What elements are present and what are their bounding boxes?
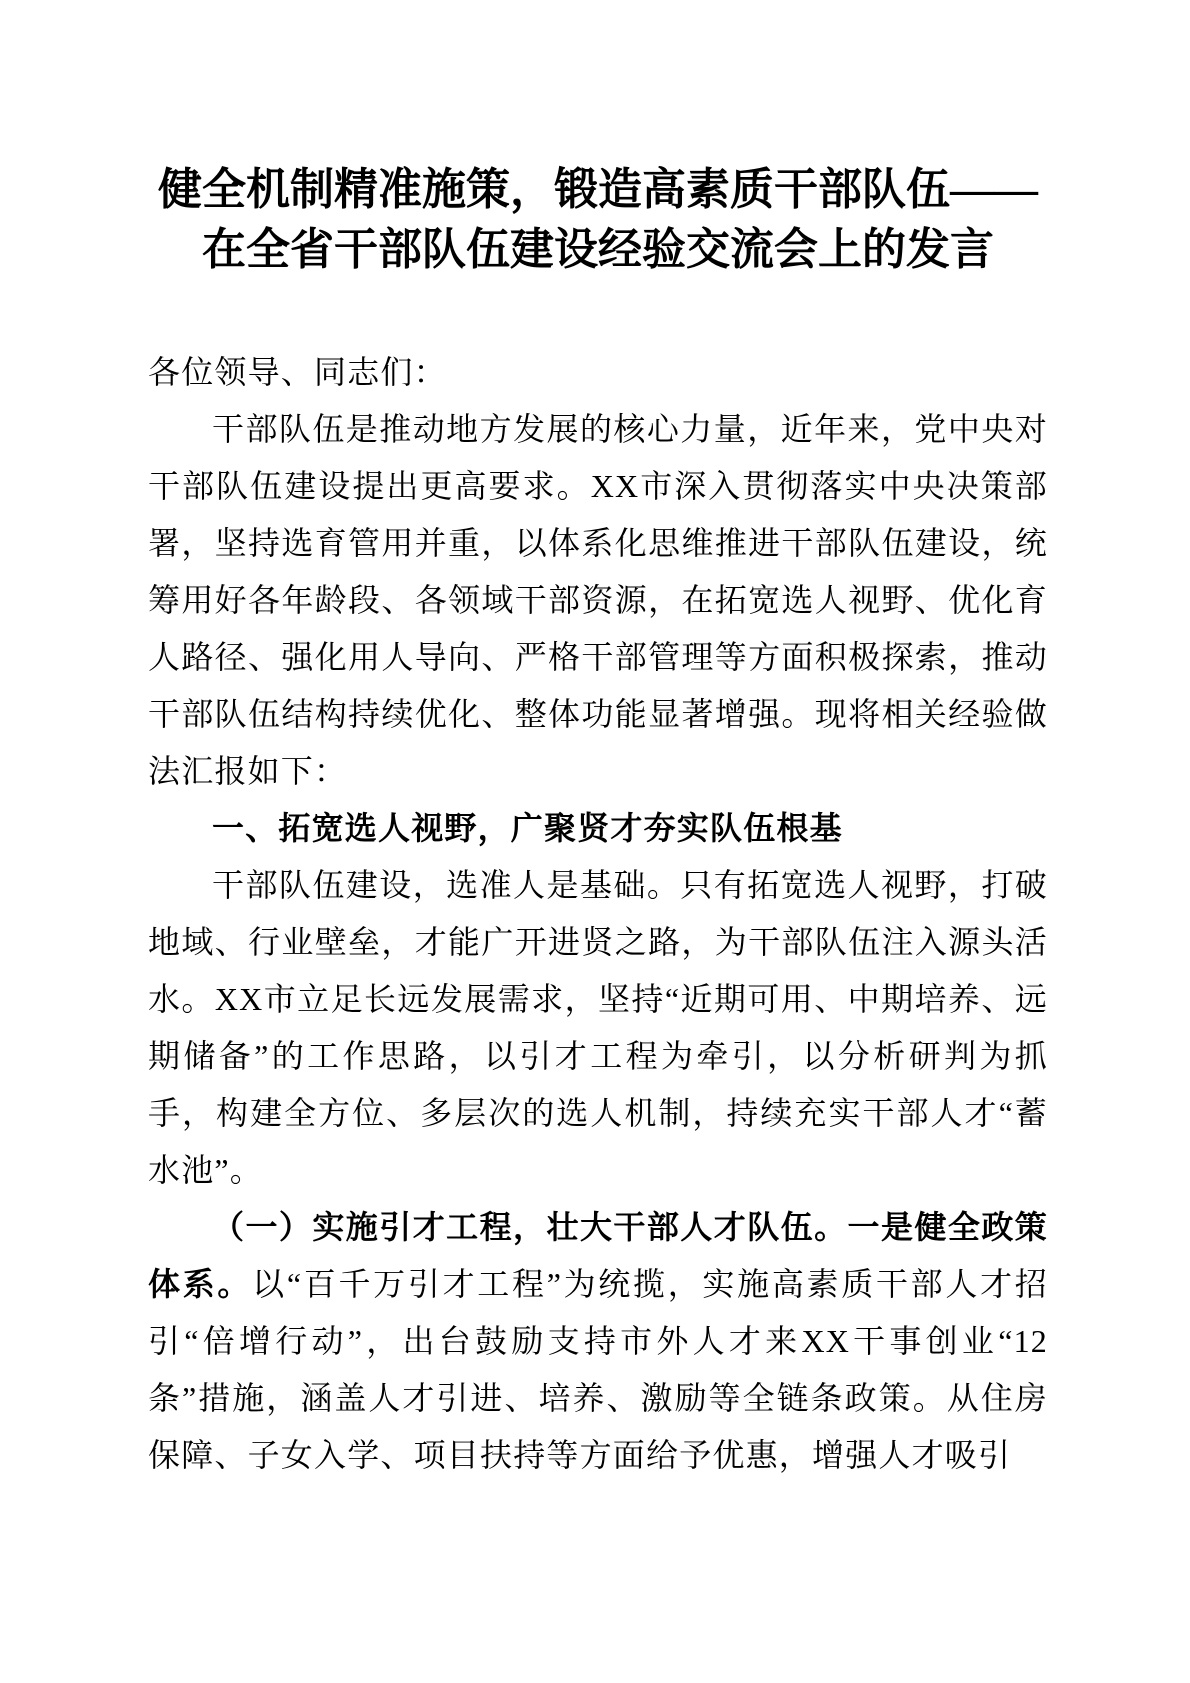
document-title: 健全机制精准施策，锻造高素质干部队伍—— 在全省干部队伍建设经验交流会上的发言 [148, 160, 1048, 280]
section-1-paragraph: 干部队伍建设，选准人是基础。只有拓宽选人视野，打破地域、行业壁垒，才能广开进贤之… [148, 857, 1048, 1199]
document-page: 健全机制精准施策，锻造高素质干部队伍—— 在全省干部队伍建设经验交流会上的发言 … [0, 0, 1190, 1683]
subsection-1-lead: （一）实施引才工程，壮大干部人才队伍。 [212, 1209, 848, 1245]
subsection-1-paragraph: （一）实施引才工程，壮大干部人才队伍。一是健全政策体系。以“百千万引才工程”为统… [148, 1199, 1048, 1484]
title-line-1: 健全机制精准施策，锻造高素质干部队伍—— [148, 160, 1048, 220]
intro-paragraph: 干部队伍是推动地方发展的核心力量，近年来，党中央对干部队伍建设提出更高要求。XX… [148, 401, 1048, 800]
title-line-2: 在全省干部队伍建设经验交流会上的发言 [148, 220, 1048, 280]
subsection-1-text: 以“百千万引才工程”为统揽，实施高素质干部人才招引“倍增行动”，出台鼓励支持市外… [148, 1266, 1048, 1473]
section-heading-1: 一、拓宽选人视野，广聚贤才夯实队伍根基 [148, 800, 1048, 857]
document-body: 各位领导、同志们： 干部队伍是推动地方发展的核心力量，近年来，党中央对干部队伍建… [148, 344, 1048, 1484]
salutation: 各位领导、同志们： [148, 344, 1048, 401]
